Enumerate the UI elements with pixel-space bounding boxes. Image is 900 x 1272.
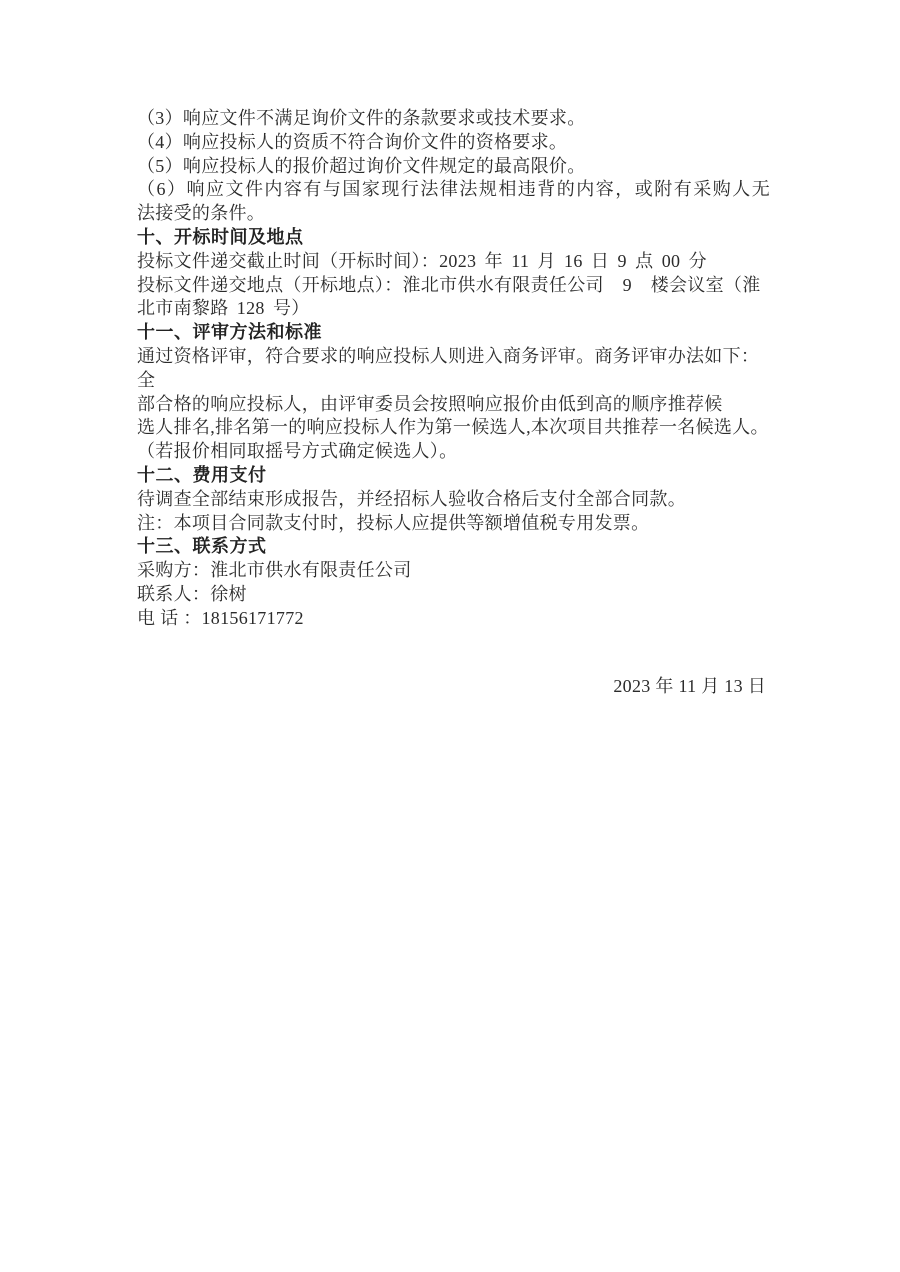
evaluation-line-1: 通过资格评审，符合要求的响应投标人则进入商务评审。商务评审办法如下：全 — [137, 345, 770, 393]
payment-line: 待调查全部结束形成报告，并经招标人验收合格后支付全部合同款。 — [137, 488, 770, 512]
evaluation-line-4: （若报价相同取摇号方式确定候选人）。 — [137, 440, 770, 464]
clause-4: （4）响应投标人的资质不符合询价文件的资格要求。 — [137, 131, 770, 155]
section-10-heading: 十、开标时间及地点 — [137, 226, 770, 250]
clause-6-line-2: 法接受的条件。 — [137, 202, 770, 226]
clause-3: （3）响应文件不满足询价文件的条款要求或技术要求。 — [137, 107, 770, 131]
document-date: 2023 年 11 月 13 日 — [137, 675, 770, 699]
bid-deadline-line: 投标文件递交截止时间（开标时间）：2023 年 11 月 16 日 9 点 00… — [137, 250, 770, 274]
section-12-heading: 十二、费用支付 — [137, 464, 770, 488]
purchaser-line: 采购方：淮北市供水有限责任公司 — [137, 559, 770, 583]
payment-note-line: 注：本项目合同款支付时，投标人应提供等额增值税专用发票。 — [137, 512, 770, 536]
contact-person-line: 联系人：徐树 — [137, 583, 770, 607]
bid-location-line-2: 北市南黎路 128 号） — [137, 297, 770, 321]
document-page: （3）响应文件不满足询价文件的条款要求或技术要求。 （4）响应投标人的资质不符合… — [0, 0, 900, 1272]
clause-6-line-1: （6）响应文件内容有与国家现行法律法规相违背的内容，或附有采购人无 — [137, 178, 770, 202]
document-body: （3）响应文件不满足询价文件的条款要求或技术要求。 （4）响应投标人的资质不符合… — [137, 107, 770, 698]
bid-location-line-1: 投标文件递交地点（开标地点）：淮北市供水有限责任公司 9 楼会议室（淮 — [137, 274, 770, 298]
section-13-heading: 十三、联系方式 — [137, 535, 770, 559]
clause-5: （5）响应投标人的报价超过询价文件规定的最高限价。 — [137, 155, 770, 179]
evaluation-line-3: 选人排名,排名第一的响应投标人作为第一候选人,本次项目共推荐一名候选人。 — [137, 416, 770, 440]
phone-line: 电 话 ：18156171772 — [137, 607, 770, 631]
section-11-heading: 十一、评审方法和标准 — [137, 321, 770, 345]
evaluation-line-2: 部合格的响应投标人，由评审委员会按照响应报价由低到高的顺序推荐候 — [137, 393, 770, 417]
